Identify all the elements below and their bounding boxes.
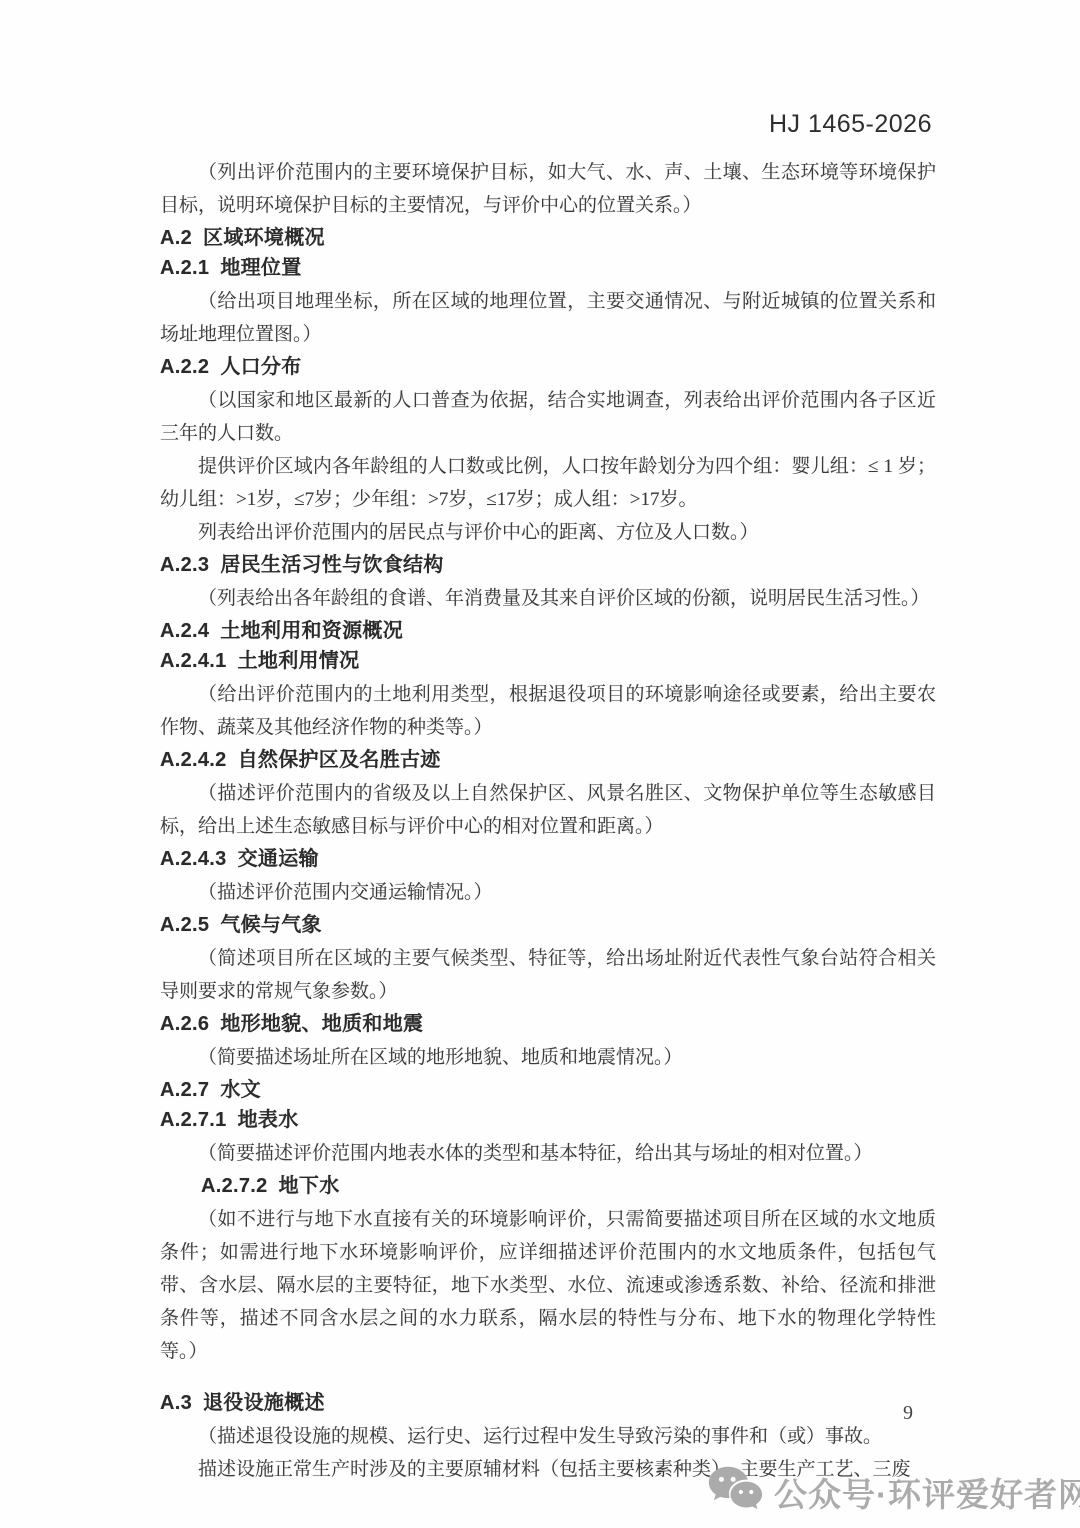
heading-a2-5: A.2.5气候与气象: [160, 912, 936, 938]
heading-number: A.2.7.2: [201, 1175, 268, 1197]
paragraph-climate: （简述项目所在区域的主要气候类型、特征等，给出场址附近代表性气象台站符合相关导则…: [160, 942, 936, 1008]
paragraph-geo-location: （给出项目地理坐标，所在区域的地理位置，主要交通情况、与附近城镇的位置关系和场址…: [160, 285, 936, 351]
heading-number: A.2.6: [160, 1013, 209, 1035]
standard-code: HJ 1465-2026: [769, 110, 932, 139]
heading-title: 交通运输: [238, 848, 319, 870]
heading-title: 土地利用和资源概况: [220, 620, 403, 642]
heading-title: 水文: [220, 1079, 261, 1101]
heading-title: 地下水: [279, 1175, 340, 1197]
page-number: 9: [903, 1402, 913, 1425]
paragraph-population-census: （以国家和地区最新的人口普查为依据，结合实地调查，列表给出评价范围内各子区近三年…: [160, 384, 936, 450]
wechat-watermark: 公众号·环评爱好者网: [706, 1464, 1080, 1520]
heading-a2-4-2: A.2.4.2自然保护区及名胜古迹: [160, 747, 936, 773]
heading-a2-6: A.2.6地形地貌、地质和地震: [160, 1011, 936, 1037]
heading-title: 居民生活习性与饮食结构: [220, 554, 443, 576]
paragraph-diet-structure: （列表给出各年龄组的食谱、年消费量及其来自评价区域的份额，说明居民生活习性。）: [160, 582, 936, 615]
heading-a2-4-3: A.2.4.3交通运输: [160, 846, 936, 872]
paragraph-decommission-history: （描述退役设施的规模、运行史、运行过程中发生导致污染的事件和（或）事故。: [160, 1420, 936, 1453]
heading-number: A.2.4: [160, 620, 209, 642]
heading-a2-4-1: A.2.4.1土地利用情况: [160, 648, 936, 674]
heading-title: 气候与气象: [220, 914, 322, 936]
heading-number: A.3: [160, 1392, 192, 1414]
heading-number: A.2.2: [160, 356, 209, 378]
heading-title: 地表水: [238, 1109, 299, 1131]
heading-a2-3: A.2.3居民生活习性与饮食结构: [160, 552, 936, 578]
paragraph-groundwater: （如不进行与地下水直接有关的环境影响评价，只需简要描述项目所在区域的水文地质条件…: [160, 1203, 936, 1368]
paragraph-protection-targets: （列出评价范围内的主要环境保护目标，如大气、水、声、土壤、生态环境等环境保护目标…: [160, 156, 936, 222]
heading-number: A.2.5: [160, 914, 209, 936]
document-body: （列出评价范围内的主要环境保护目标，如大气、水、声、土壤、生态环境等环境保护目标…: [160, 156, 936, 1486]
paragraph-nature-reserves: （描述评价范围内的省级及以上自然保护区、风景名胜区、文物保护单位等生态敏感目标，…: [160, 777, 936, 843]
paragraph-land-use: （给出评价范围内的土地利用类型，根据退役项目的环境影响途径或要素，给出主要农作物…: [160, 678, 936, 744]
heading-title: 自然保护区及名胜古迹: [238, 749, 441, 771]
heading-title: 人口分布: [220, 356, 301, 378]
heading-number: A.2.3: [160, 554, 209, 576]
heading-number: A.2.4.3: [160, 848, 227, 870]
heading-a2-7-2: A.2.7.2地下水: [201, 1173, 936, 1199]
heading-number: A.2.4.2: [160, 749, 227, 771]
wechat-icon: [706, 1464, 764, 1520]
heading-title: 地形地貌、地质和地震: [220, 1013, 423, 1035]
paragraph-age-groups: 提供评价区域内各年龄组的人口数或比例，人口按年龄划分为四个组：婴儿组：≤ 1 岁…: [160, 450, 936, 516]
heading-a2-2: A.2.2人口分布: [160, 354, 936, 380]
paragraph-terrain-geology: （简要描述场址所在区域的地形地貌、地质和地震情况。）: [160, 1041, 936, 1074]
heading-number: A.2.7.1: [160, 1109, 227, 1131]
heading-a2-7: A.2.7水文: [160, 1077, 936, 1103]
heading-title: 区域环境概况: [203, 227, 325, 249]
document-page: HJ 1465-2026 （列出评价范围内的主要环境保护目标，如大气、水、声、土…: [0, 0, 1080, 1528]
watermark-text: 公众号·环评爱好者网: [774, 1469, 1080, 1516]
heading-title: 土地利用情况: [238, 650, 360, 672]
heading-number: A.2: [160, 227, 192, 249]
heading-a3: A.3退役设施概述: [160, 1390, 936, 1416]
paragraph-transportation: （描述评价范围内交通运输情况。）: [160, 876, 936, 909]
paragraph-surface-water: （简要描述评价范围内地表水体的类型和基本特征，给出其与场址的相对位置。）: [160, 1137, 936, 1170]
heading-a2-7-1: A.2.7.1地表水: [160, 1107, 936, 1133]
heading-a2-4: A.2.4土地利用和资源概况: [160, 618, 936, 644]
heading-a2-1: A.2.1地理位置: [160, 255, 936, 281]
heading-number: A.2.7: [160, 1079, 209, 1101]
heading-number: A.2.4.1: [160, 650, 227, 672]
heading-a2: A.2区域环境概况: [160, 225, 936, 251]
heading-title: 地理位置: [220, 257, 301, 279]
paragraph-residential-points: 列表给出评价范围内的居民点与评价中心的距离、方位及人口数。）: [160, 516, 936, 549]
heading-number: A.2.1: [160, 257, 209, 279]
heading-title: 退役设施概述: [203, 1392, 325, 1414]
